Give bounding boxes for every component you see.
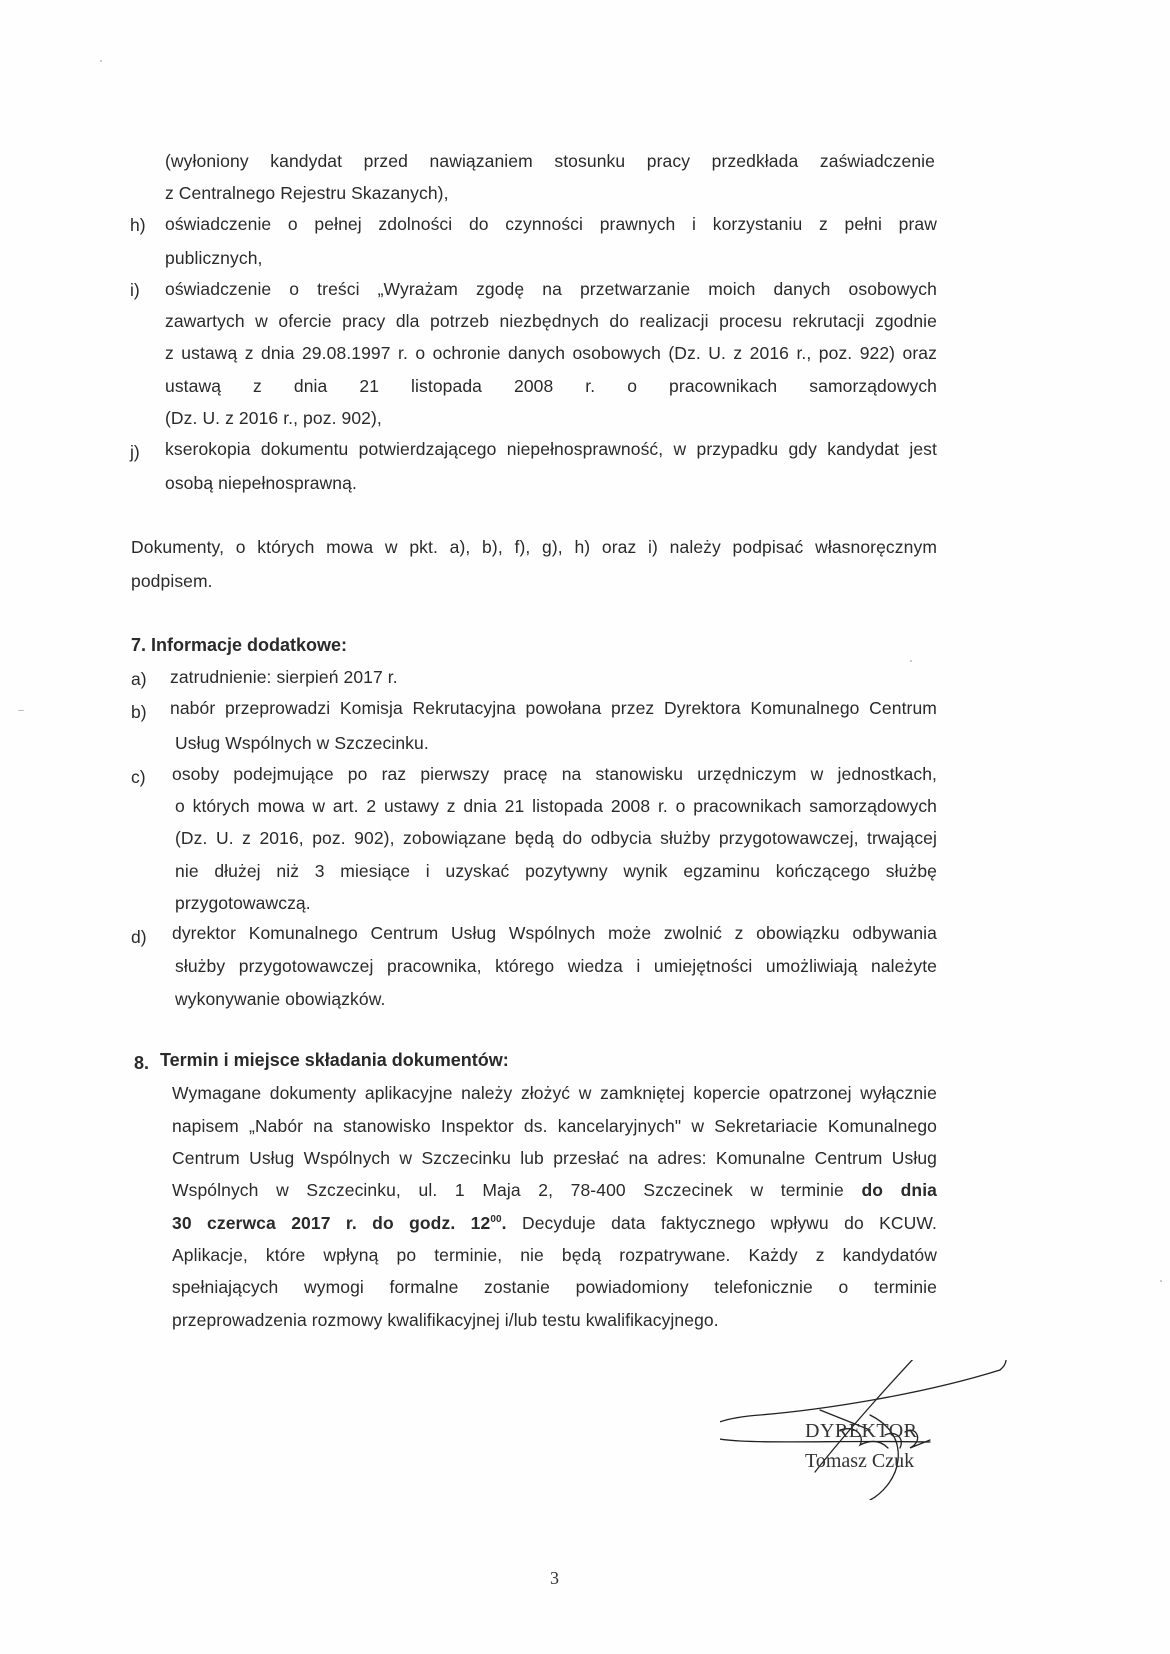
section-7-item-b-line: nabór przeprowadzi Komisja Rekrutacyjna … [170,697,937,719]
section-8-line: Wymagane dokumenty aplikacyjne należy zł… [172,1082,937,1104]
section-8-line: spełniających wymogi formalne zostanie p… [172,1276,937,1298]
signing-note-line: podpisem. [131,570,213,592]
section-7-item-c-line: przygotowawczą. [175,892,311,914]
scan-speck [100,60,102,62]
list-item-i-line: oświadczenie o treści „Wyrażam zgodę na … [165,278,937,300]
deadline-date: 30 czerwca 2017 r. do godz. 12 [172,1213,490,1233]
document-page: (wyłoniony kandydat przed nawiązaniem st… [0,0,1170,1654]
section-7-item-c-line: (Dz. U. z 2016, poz. 902), zobowiązane b… [175,827,937,849]
section-8-address-line: Wspólnych w Szczecinku, ul. 1 Maja 2, 78… [172,1179,937,1201]
section-8-number: 8. [134,1052,149,1074]
address-text: Wspólnych w Szczecinku, ul. 1 Maja 2, 78… [172,1180,844,1200]
continuation-line: (wyłoniony kandydat przed nawiązaniem st… [165,150,935,172]
section-7-item-c-line: nie dłużej niż 3 miesiące i uzyskać pozy… [175,860,937,882]
section-7-item-b-line: Usług Wspólnych w Szczecinku. [175,732,429,754]
section-8-line: Aplikacje, które wpłyną po terminie, nie… [172,1244,937,1266]
deadline-period: . [502,1213,507,1233]
page-number: 3 [550,1568,559,1589]
list-marker-j: j) [130,441,140,463]
deadline-prefix: do dnia [861,1180,937,1200]
section-7-marker-d: d) [131,926,147,948]
list-item-i-line: ustawą z dnia 21 listopada 2008 r. o pra… [165,375,937,397]
section-7-item-d-line: dyrektor Komunalnego Centrum Usług Wspól… [172,922,937,944]
signature-name: Tomasz Czuk [805,1450,914,1473]
section-7-item-d-line: służby przygotowawczej pracownika, które… [175,955,937,977]
section-8-heading: Termin i miejsce składania dokumentów: [160,1049,509,1071]
list-item-h-line: oświadczenie o pełnej zdolności do czynn… [165,213,937,235]
section-8-line: przeprowadzenia rozmowy kwalifikacyjnej … [172,1309,719,1331]
section-8-deadline-line: 30 czerwca 2017 r. do godz. 1200. Decydu… [172,1212,937,1234]
section-7-marker-c: c) [131,766,146,788]
section-7-item-d-line: wykonywanie obowiązków. [175,988,385,1010]
list-marker-i: i) [130,279,140,301]
deadline-minutes: 00 [490,1214,501,1225]
scan-speck [910,660,912,662]
list-item-i-line: zawartych w ofercie pracy dla potrzeb ni… [165,310,937,332]
list-item-j-line: kserokopia dokumentu potwierdzającego ni… [165,438,937,460]
scan-speck [1160,1280,1162,1282]
list-item-i-line: z ustawą z dnia 29.08.1997 r. o ochronie… [165,342,937,364]
list-item-i-line: (Dz. U. z 2016 r., poz. 902), [165,407,382,429]
director-signature-stamp: DYREKTOR Tomasz Czuk [720,1360,1040,1500]
section-7-marker-b: b) [131,701,147,723]
list-item-j-line: osobą niepełnosprawną. [165,472,357,494]
section-7-item-c-line: osoby podejmujące po raz pierwszy pracę … [172,763,937,785]
continuation-line: z Centralnego Rejestru Skazanych), [165,182,449,204]
signing-note-line: Dokumenty, o których mowa w pkt. a), b),… [131,536,937,558]
section-7-item-a-line: zatrudnienie: sierpień 2017 r. [170,666,398,688]
section-8-line: Centrum Usług Wspólnych w Szczecinku lub… [172,1147,937,1169]
list-marker-h: h) [130,214,146,236]
list-item-h-line: publicznych, [165,247,263,269]
section-8-line: napisem „Nabór na stanowisko Inspektor d… [172,1115,937,1137]
signature-title: DYREKTOR [805,1420,918,1443]
section-7-marker-a: a) [131,668,147,690]
deadline-note: Decyduje data faktycznego wpływu do KCUW… [522,1213,937,1233]
scan-speck [18,710,24,711]
section-7-heading: 7. Informacje dodatkowe: [131,634,347,656]
section-7-item-c-line: o których mowa w art. 2 ustawy z dnia 21… [175,795,937,817]
